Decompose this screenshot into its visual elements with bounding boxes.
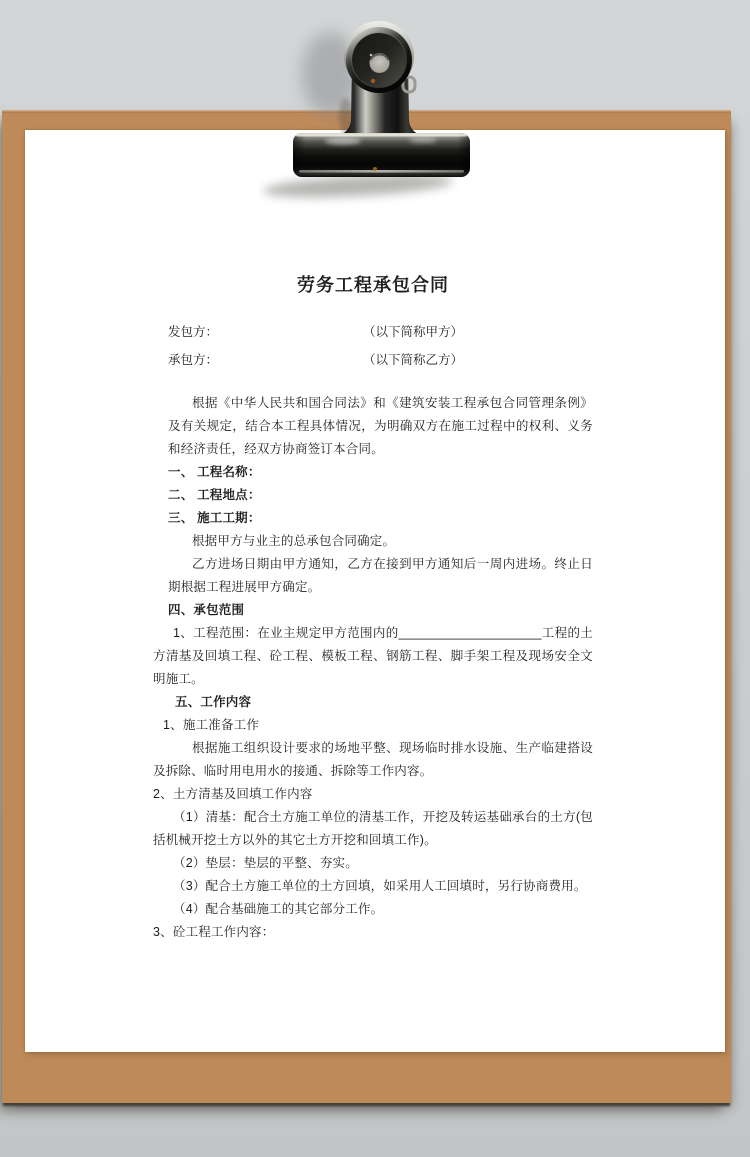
binder-clip <box>258 14 498 214</box>
paragraph-line: （3）配合土方施工单位的土方回填，如采用人工回填时，另行协商费用。 <box>153 875 593 898</box>
clip-bar-specular-left <box>325 138 361 145</box>
clip-amber-dot <box>371 79 375 83</box>
document-title: 劳务工程承包合同 <box>153 272 593 298</box>
party-row-contractor: 承包方： （以下简称乙方） <box>168 346 593 374</box>
clip-bar-specular-right <box>409 137 437 143</box>
clipboard-board: 劳务工程承包合同 发包方： （以下简称甲方） 承包方： （以下简称乙方） 根据《… <box>2 110 731 1103</box>
paragraph-line: 根据甲方与业主的总承包合同确定。 <box>168 530 593 553</box>
paragraph-line: 一、 工程名称： <box>168 461 593 484</box>
paragraph-line: 五、工作内容 <box>175 691 593 714</box>
paragraph-line: 1、工程范围：在业主规定甲方范围内的____________________工程… <box>153 622 593 691</box>
paragraph-line: 乙方进场日期由甲方通知，乙方在接到甲方通知后一周内进场。终止日期根据工程进展甲方… <box>168 553 593 599</box>
contract-document: 劳务工程承包合同 发包方： （以下简称甲方） 承包方： （以下简称乙方） 根据《… <box>25 130 725 1052</box>
employer-label: 发包方： <box>168 318 363 346</box>
employer-note: （以下简称甲方） <box>363 318 463 346</box>
paragraph-line: 3、砼工程工作内容： <box>153 921 593 944</box>
clip-bar-amber-dot <box>373 167 377 171</box>
party-row-employer: 发包方： （以下简称甲方） <box>168 318 593 346</box>
contractor-note: （以下简称乙方） <box>363 346 463 374</box>
clip-bar-bottom-line <box>299 170 464 173</box>
paragraph-line: （1）清基：配合土方施工单位的清基工作，开挖及转运基础承台的土方(包括机械开挖土… <box>153 806 593 852</box>
contractor-label: 承包方： <box>168 346 363 374</box>
document-body: 根据《中华人民共和国合同法》和《建筑安装工程承包合同管理条例》及有关规定，结合本… <box>153 392 593 944</box>
paragraph-line: 2、土方清基及回填工作内容 <box>153 783 593 806</box>
parties-block: 发包方： （以下简称甲方） 承包方： （以下简称乙方） <box>153 318 593 374</box>
paragraph-line: 1、施工准备工作 <box>163 714 593 737</box>
paragraph-line: 二、 工程地点： <box>168 484 593 507</box>
clip-bar-top-highlight <box>296 134 467 137</box>
paragraph-line: 三、 施工工期： <box>168 507 593 530</box>
paragraph-line: 根据施工组织设计要求的场地平整、现场临时排水设施、生产临建搭设及拆除、临时用电用… <box>153 737 593 783</box>
paragraph-line: 根据《中华人民共和国合同法》和《建筑安装工程承包合同管理条例》及有关规定，结合本… <box>168 392 593 461</box>
clip-sparkle <box>370 54 373 57</box>
document-content: 劳务工程承包合同 发包方： （以下简称甲方） 承包方： （以下简称乙方） 根据《… <box>25 272 725 944</box>
paragraph-line: （4）配合基础施工的其它部分工作。 <box>153 898 593 921</box>
paragraph-line: （2）垫层：垫层的平整、夯实。 <box>153 852 593 875</box>
scene: 劳务工程承包合同 发包方： （以下简称甲方） 承包方： （以下简称乙方） 根据《… <box>0 0 750 1157</box>
paragraph-line: 四、承包范围 <box>168 599 593 622</box>
